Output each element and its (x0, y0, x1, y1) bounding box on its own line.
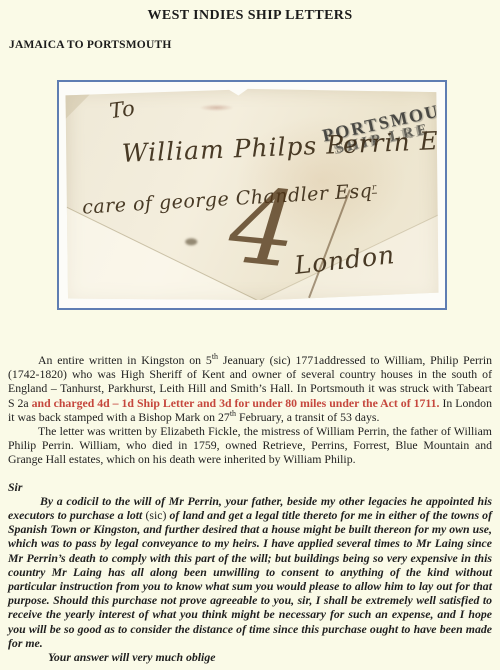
envelope-fold-top-left (65, 89, 111, 135)
exhibit-page: WEST INDIES SHIP LETTERS JAMAICA TO PORT… (0, 0, 500, 670)
description-text: An entire written in Kingston on 5th Jea… (8, 353, 492, 664)
letter-text-b: of land and get a legal title thereto fo… (8, 508, 492, 650)
letter-salutation: Sir (8, 480, 492, 494)
description-paragraph-1: An entire written in Kingston on 5th Jea… (8, 353, 492, 424)
manuscript-to: To (108, 96, 136, 123)
ink-smudge (185, 238, 197, 245)
cover-mount-frame: PORTSMOUTH SHIP LRE To William Philps Pe… (57, 80, 447, 310)
para1-text-a: An entire written in Kingston on 5 (38, 353, 212, 367)
para1-red-highlight: and charged 4d – 1d Ship Letter and 3d f… (32, 396, 440, 410)
section-heading: JAMAICA TO PORTSMOUTH (9, 39, 171, 51)
letter-closing: Your answer will very much oblige (8, 650, 492, 664)
para1-text-d: February, a transit of 53 days. (236, 410, 379, 424)
manuscript-rate-mark-4: 4 (225, 173, 301, 283)
cover-scan: PORTSMOUTH SHIP LRE To William Philps Pe… (65, 87, 438, 302)
care-of-flourish: r (372, 182, 377, 193)
faint-pencil-notation (200, 104, 234, 111)
letter-body: By a codicil to the will of Mr Perrin, y… (8, 494, 492, 650)
page-title: WEST INDIES SHIP LETTERS (0, 8, 500, 24)
description-paragraph-2: The letter was written by Elizabeth Fick… (8, 424, 492, 467)
letter-sic: (sic) (145, 508, 166, 522)
